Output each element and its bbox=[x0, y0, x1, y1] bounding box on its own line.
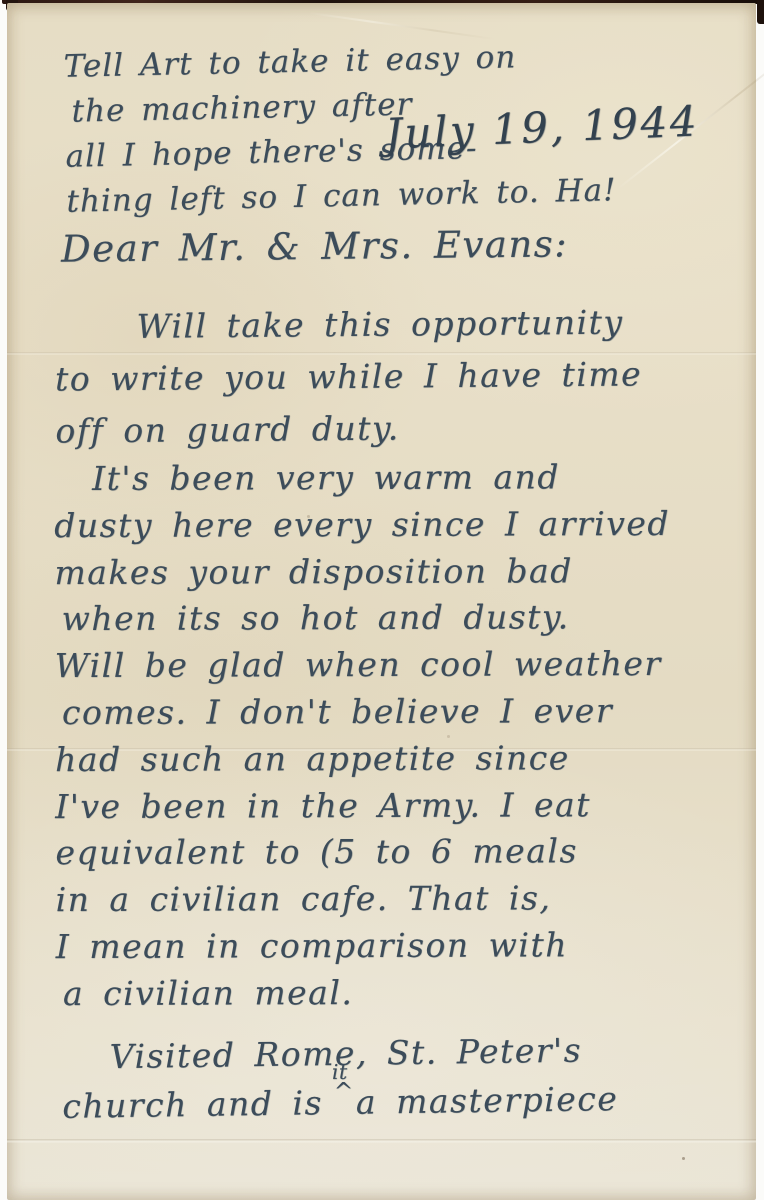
handwritten-line: when its so hot and dusty. bbox=[55, 594, 671, 643]
inserted-word: it bbox=[325, 1047, 348, 1096]
paper-speck bbox=[682, 1157, 685, 1160]
salutation: Dear Mr. & Mrs. Evans: bbox=[61, 222, 569, 270]
handwritten-line: in a civilian cafe. That is, bbox=[55, 875, 671, 924]
handwritten-line: a civilian meal. bbox=[56, 969, 672, 1018]
paragraph-rome: Visited Rome, St. Peter's church and is^… bbox=[54, 1025, 618, 1131]
letter-paper: Tell Art to take it easy on the machiner… bbox=[7, 3, 756, 1200]
paragraph-opening: Will take this opportunity to write you … bbox=[54, 296, 642, 457]
handwritten-line: It's been very warm and bbox=[54, 454, 670, 503]
handwritten-line: dusty here every since I arrived bbox=[54, 501, 670, 550]
paragraph-weather-appetite: It's been very warm and dusty here every… bbox=[54, 454, 672, 1018]
handwritten-line: makes your disposition bad bbox=[54, 548, 670, 597]
handwritten-line: to write you while I have time bbox=[55, 348, 643, 405]
handwritten-line: I mean in comparison with bbox=[56, 922, 672, 971]
handwritten-line: Will be glad when cool weather bbox=[55, 641, 671, 690]
handwritten-line: equivalent to (5 to 6 meals bbox=[55, 828, 671, 877]
insertion-line-pre: church and is bbox=[62, 1083, 323, 1126]
handwritten-line: Will take this opportunity bbox=[54, 296, 642, 353]
handwritten-line: I've been in the Army. I eat bbox=[55, 782, 671, 831]
scanned-letter-page: { "page": { "paper_color": "#e6ddc5", "i… bbox=[0, 0, 764, 1200]
scan-dark-corner-right bbox=[757, 0, 764, 24]
fold-crease-bottom bbox=[7, 1139, 756, 1143]
handwritten-line: off on guard duty. bbox=[55, 400, 643, 457]
handwritten-line-with-insertion: church and is^ita masterpiece bbox=[55, 1074, 619, 1131]
handwritten-line: comes. I don't believe I ever bbox=[55, 688, 671, 737]
handwritten-line: had such an appetite since bbox=[55, 735, 671, 784]
insertion-mark: ^it bbox=[323, 1081, 356, 1114]
insertion-line-post: a masterpiece bbox=[356, 1079, 619, 1122]
